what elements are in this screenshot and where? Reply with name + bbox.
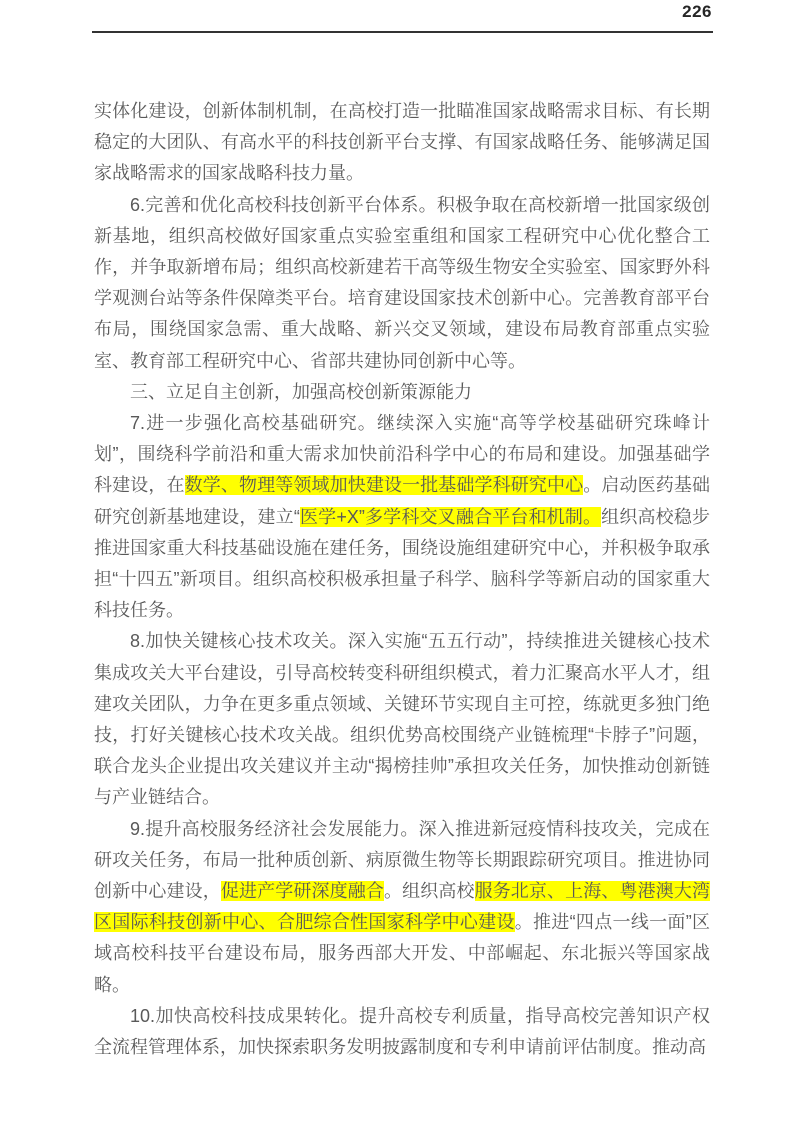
section-heading: 三、立足自主创新，加强高校创新策源能力	[94, 377, 710, 408]
page-number: 226	[682, 2, 712, 22]
highlighted-text: 医学+X”多学科交叉融合平台和机制。	[300, 507, 601, 527]
document-page: 226 实体化建设，创新体制机制，在高校打造一批瞄准国家战略需求目标、有长期稳定…	[0, 0, 793, 1122]
text-run: 三、立足自主创新，加强高校创新策源能力	[130, 382, 472, 402]
paragraph-item-9: 9.提升高校服务经济社会发展能力。深入推进新冠疫情科技攻关，完成在研攻关任务，布…	[94, 814, 710, 1001]
header-rule	[92, 31, 713, 33]
text-run: 8.加快关键核心技术攻关。深入实施“五五行动”，持续推进关键核心技术集成攻关大平…	[94, 631, 710, 807]
text-run: 实体化建设，创新体制机制，在高校打造一批瞄准国家战略需求目标、有长期稳定的大团队…	[94, 101, 710, 183]
highlighted-text: 数学、物理等领域加快建设一批基础学科研究中心	[185, 475, 584, 495]
paragraph-item-7: 7.进一步强化高校基础研究。继续深入实施“高等学校基础研究珠峰计划”，围绕科学前…	[94, 408, 710, 626]
document-body: 实体化建设，创新体制机制，在高校打造一批瞄准国家战略需求目标、有长期稳定的大团队…	[94, 96, 710, 1063]
text-run: 。组织高校	[384, 881, 475, 901]
highlighted-text: 促进产学研深度融合	[221, 881, 384, 901]
paragraph-item-10: 10.加快高校科技成果转化。提升高校专利质量，指导高校完善知识产权全流程管理体系…	[94, 1001, 710, 1063]
text-run: 6.完善和优化高校科技创新平台体系。积极争取在高校新增一批国家级创新基地，组织高…	[94, 195, 710, 371]
text-run: 10.加快高校科技成果转化。提升高校专利质量，指导高校完善知识产权全流程管理体系…	[94, 1006, 710, 1057]
paragraph-continuation: 实体化建设，创新体制机制，在高校打造一批瞄准国家战略需求目标、有长期稳定的大团队…	[94, 96, 710, 190]
paragraph-item-6: 6.完善和优化高校科技创新平台体系。积极争取在高校新增一批国家级创新基地，组织高…	[94, 190, 710, 377]
paragraph-item-8: 8.加快关键核心技术攻关。深入实施“五五行动”，持续推进关键核心技术集成攻关大平…	[94, 626, 710, 813]
